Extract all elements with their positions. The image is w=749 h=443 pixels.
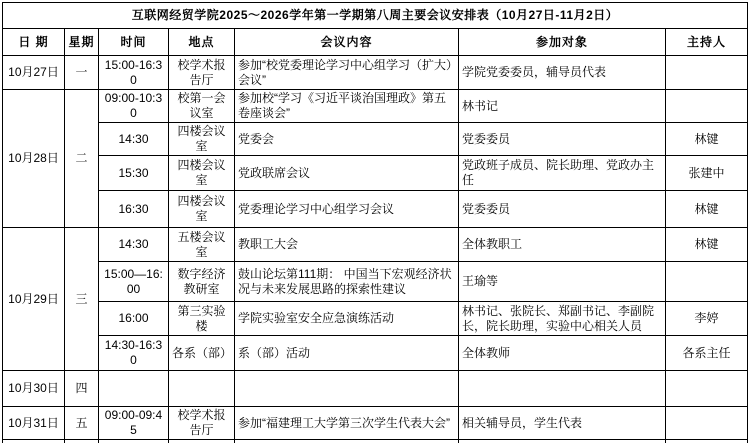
participants-cell xyxy=(459,440,666,443)
date-cell xyxy=(3,440,65,443)
schedule-row: 16:00第三实验楼学院实验室安全应急演练活动林书记、张院长、郑副书记、李副院长… xyxy=(3,302,748,336)
time-cell: 15:00—16:00 xyxy=(99,262,169,302)
location-cell xyxy=(169,371,235,407)
location-cell: 校学术报告厅 xyxy=(169,407,235,440)
meeting-content-cell xyxy=(235,440,459,443)
weekday-cell: 四 xyxy=(65,371,99,407)
participants-cell: 王瑜等 xyxy=(459,262,666,302)
host-cell: 李婷 xyxy=(666,302,748,336)
schedule-row: 10月28日二09:00-10:30校第一会议室参加校“学习《习近平谈治国理政》… xyxy=(3,90,748,123)
participants-cell: 林书记、张院长、郑副书记、李副院长，院长助理，实验中心相关人员 xyxy=(459,302,666,336)
host-cell: 林键 xyxy=(666,123,748,156)
column-header: 地点 xyxy=(169,29,235,56)
weekday-cell: 五 xyxy=(65,407,99,440)
time-cell: 14:30-16:30 xyxy=(99,336,169,371)
column-header: 时间 xyxy=(99,29,169,56)
date-cell: 10月28日 xyxy=(3,90,65,228)
location-cell: 数字经济教研室 xyxy=(169,262,235,302)
time-cell: 09:00-10:30 xyxy=(99,90,169,123)
participants-cell: 全体教师 xyxy=(459,336,666,371)
meeting-content-cell: 系（部）活动 xyxy=(235,336,459,371)
meeting-content-cell: 鼓山论坛第111期： 中国当下宏观经济状况与未来发展思路的探索性建议 xyxy=(235,262,459,302)
schedule-page: 互联网经贸学院2025～2026学年第一学期第八周主要会议安排表（10月27日-… xyxy=(0,0,749,443)
participants-cell: 党委委员 xyxy=(459,123,666,156)
date-cell: 10月29日 xyxy=(3,228,65,371)
meeting-content-cell: 参加“福建理工大学第三次学生代表大会” xyxy=(235,407,459,440)
date-cell: 10月30日 xyxy=(3,371,65,407)
host-cell xyxy=(666,56,748,90)
time-cell: 15:30 xyxy=(99,156,169,191)
column-header: 会议内容 xyxy=(235,29,459,56)
location-cell: 四楼会议室 xyxy=(169,191,235,228)
participants-cell: 学院党委委员，辅导员代表 xyxy=(459,56,666,90)
host-cell: 林键 xyxy=(666,228,748,262)
host-cell xyxy=(666,371,748,407)
participants-cell: 党委委员 xyxy=(459,191,666,228)
time-cell xyxy=(99,440,169,443)
meeting-content-cell xyxy=(235,371,459,407)
time-cell: 16:00 xyxy=(99,302,169,336)
time-cell: 14:30 xyxy=(99,228,169,262)
host-cell xyxy=(666,90,748,123)
column-header: 日 期 xyxy=(3,29,65,56)
meeting-schedule-table: 互联网经贸学院2025～2026学年第一学期第八周主要会议安排表（10月27日-… xyxy=(2,2,748,443)
schedule-row: 10月31日五09:00-09:45校学术报告厅参加“福建理工大学第三次学生代表… xyxy=(3,407,748,440)
host-cell xyxy=(666,262,748,302)
host-cell xyxy=(666,440,748,443)
weekday-cell: 一 xyxy=(65,56,99,90)
participants-cell: 全体教职工 xyxy=(459,228,666,262)
participants-cell: 党政班子成员、院长助理、党政办主任 xyxy=(459,156,666,191)
title-row: 互联网经贸学院2025～2026学年第一学期第八周主要会议安排表（10月27日-… xyxy=(3,3,748,29)
host-cell: 林键 xyxy=(666,191,748,228)
header-row: 日 期星期时间地点会议内容参加对象主持人 xyxy=(3,29,748,56)
time-cell xyxy=(99,371,169,407)
meeting-content-cell: 参加校“学习《习近平谈治国理政》第五卷座谈会” xyxy=(235,90,459,123)
meeting-content-cell: 学院实验室安全应急演练活动 xyxy=(235,302,459,336)
time-cell: 14:30 xyxy=(99,123,169,156)
column-header: 主持人 xyxy=(666,29,748,56)
partial-row xyxy=(3,440,748,443)
schedule-row: 15:30四楼会议室党政联席会议党政班子成员、院长助理、党政办主任张建中 xyxy=(3,156,748,191)
meeting-content-cell: 党委会 xyxy=(235,123,459,156)
meeting-content-cell: 教职工大会 xyxy=(235,228,459,262)
schedule-row: 10月29日三14:30五楼会议室教职工大会全体教职工林键 xyxy=(3,228,748,262)
location-cell xyxy=(169,440,235,443)
schedule-row: 14:30-16:30各系（部）系（部）活动全体教师各系主任 xyxy=(3,336,748,371)
schedule-row: 15:00—16:00数字经济教研室鼓山论坛第111期： 中国当下宏观经济状况与… xyxy=(3,262,748,302)
time-cell: 15:00-16:30 xyxy=(99,56,169,90)
schedule-row: 16:30四楼会议室党委理论学习中心组学习会议党委委员林键 xyxy=(3,191,748,228)
participants-cell xyxy=(459,371,666,407)
location-cell: 各系（部） xyxy=(169,336,235,371)
weekday-cell xyxy=(65,440,99,443)
time-cell: 16:30 xyxy=(99,191,169,228)
location-cell: 四楼会议室 xyxy=(169,156,235,191)
schedule-row: 10月27日一15:00-16:30校学术报告厅参加“校党委理论学习中心组学习（… xyxy=(3,56,748,90)
location-cell: 第三实验楼 xyxy=(169,302,235,336)
host-cell: 各系主任 xyxy=(666,336,748,371)
participants-cell: 林书记 xyxy=(459,90,666,123)
host-cell xyxy=(666,407,748,440)
schedule-row: 14:30四楼会议室党委会党委委员林键 xyxy=(3,123,748,156)
meeting-content-cell: 党政联席会议 xyxy=(235,156,459,191)
weekday-cell: 三 xyxy=(65,228,99,371)
date-cell: 10月31日 xyxy=(3,407,65,440)
location-cell: 五楼会议室 xyxy=(169,228,235,262)
weekday-cell: 二 xyxy=(65,90,99,228)
schedule-row: 10月30日四 xyxy=(3,371,748,407)
location-cell: 校学术报告厅 xyxy=(169,56,235,90)
meeting-content-cell: 党委理论学习中心组学习会议 xyxy=(235,191,459,228)
page-title: 互联网经贸学院2025～2026学年第一学期第八周主要会议安排表（10月27日-… xyxy=(3,3,748,29)
column-header: 星期 xyxy=(65,29,99,56)
date-cell: 10月27日 xyxy=(3,56,65,90)
location-cell: 四楼会议室 xyxy=(169,123,235,156)
participants-cell: 相关辅导员，学生代表 xyxy=(459,407,666,440)
time-cell: 09:00-09:45 xyxy=(99,407,169,440)
meeting-content-cell: 参加“校党委理论学习中心组学习（扩大）会议” xyxy=(235,56,459,90)
column-header: 参加对象 xyxy=(459,29,666,56)
host-cell: 张建中 xyxy=(666,156,748,191)
location-cell: 校第一会议室 xyxy=(169,90,235,123)
